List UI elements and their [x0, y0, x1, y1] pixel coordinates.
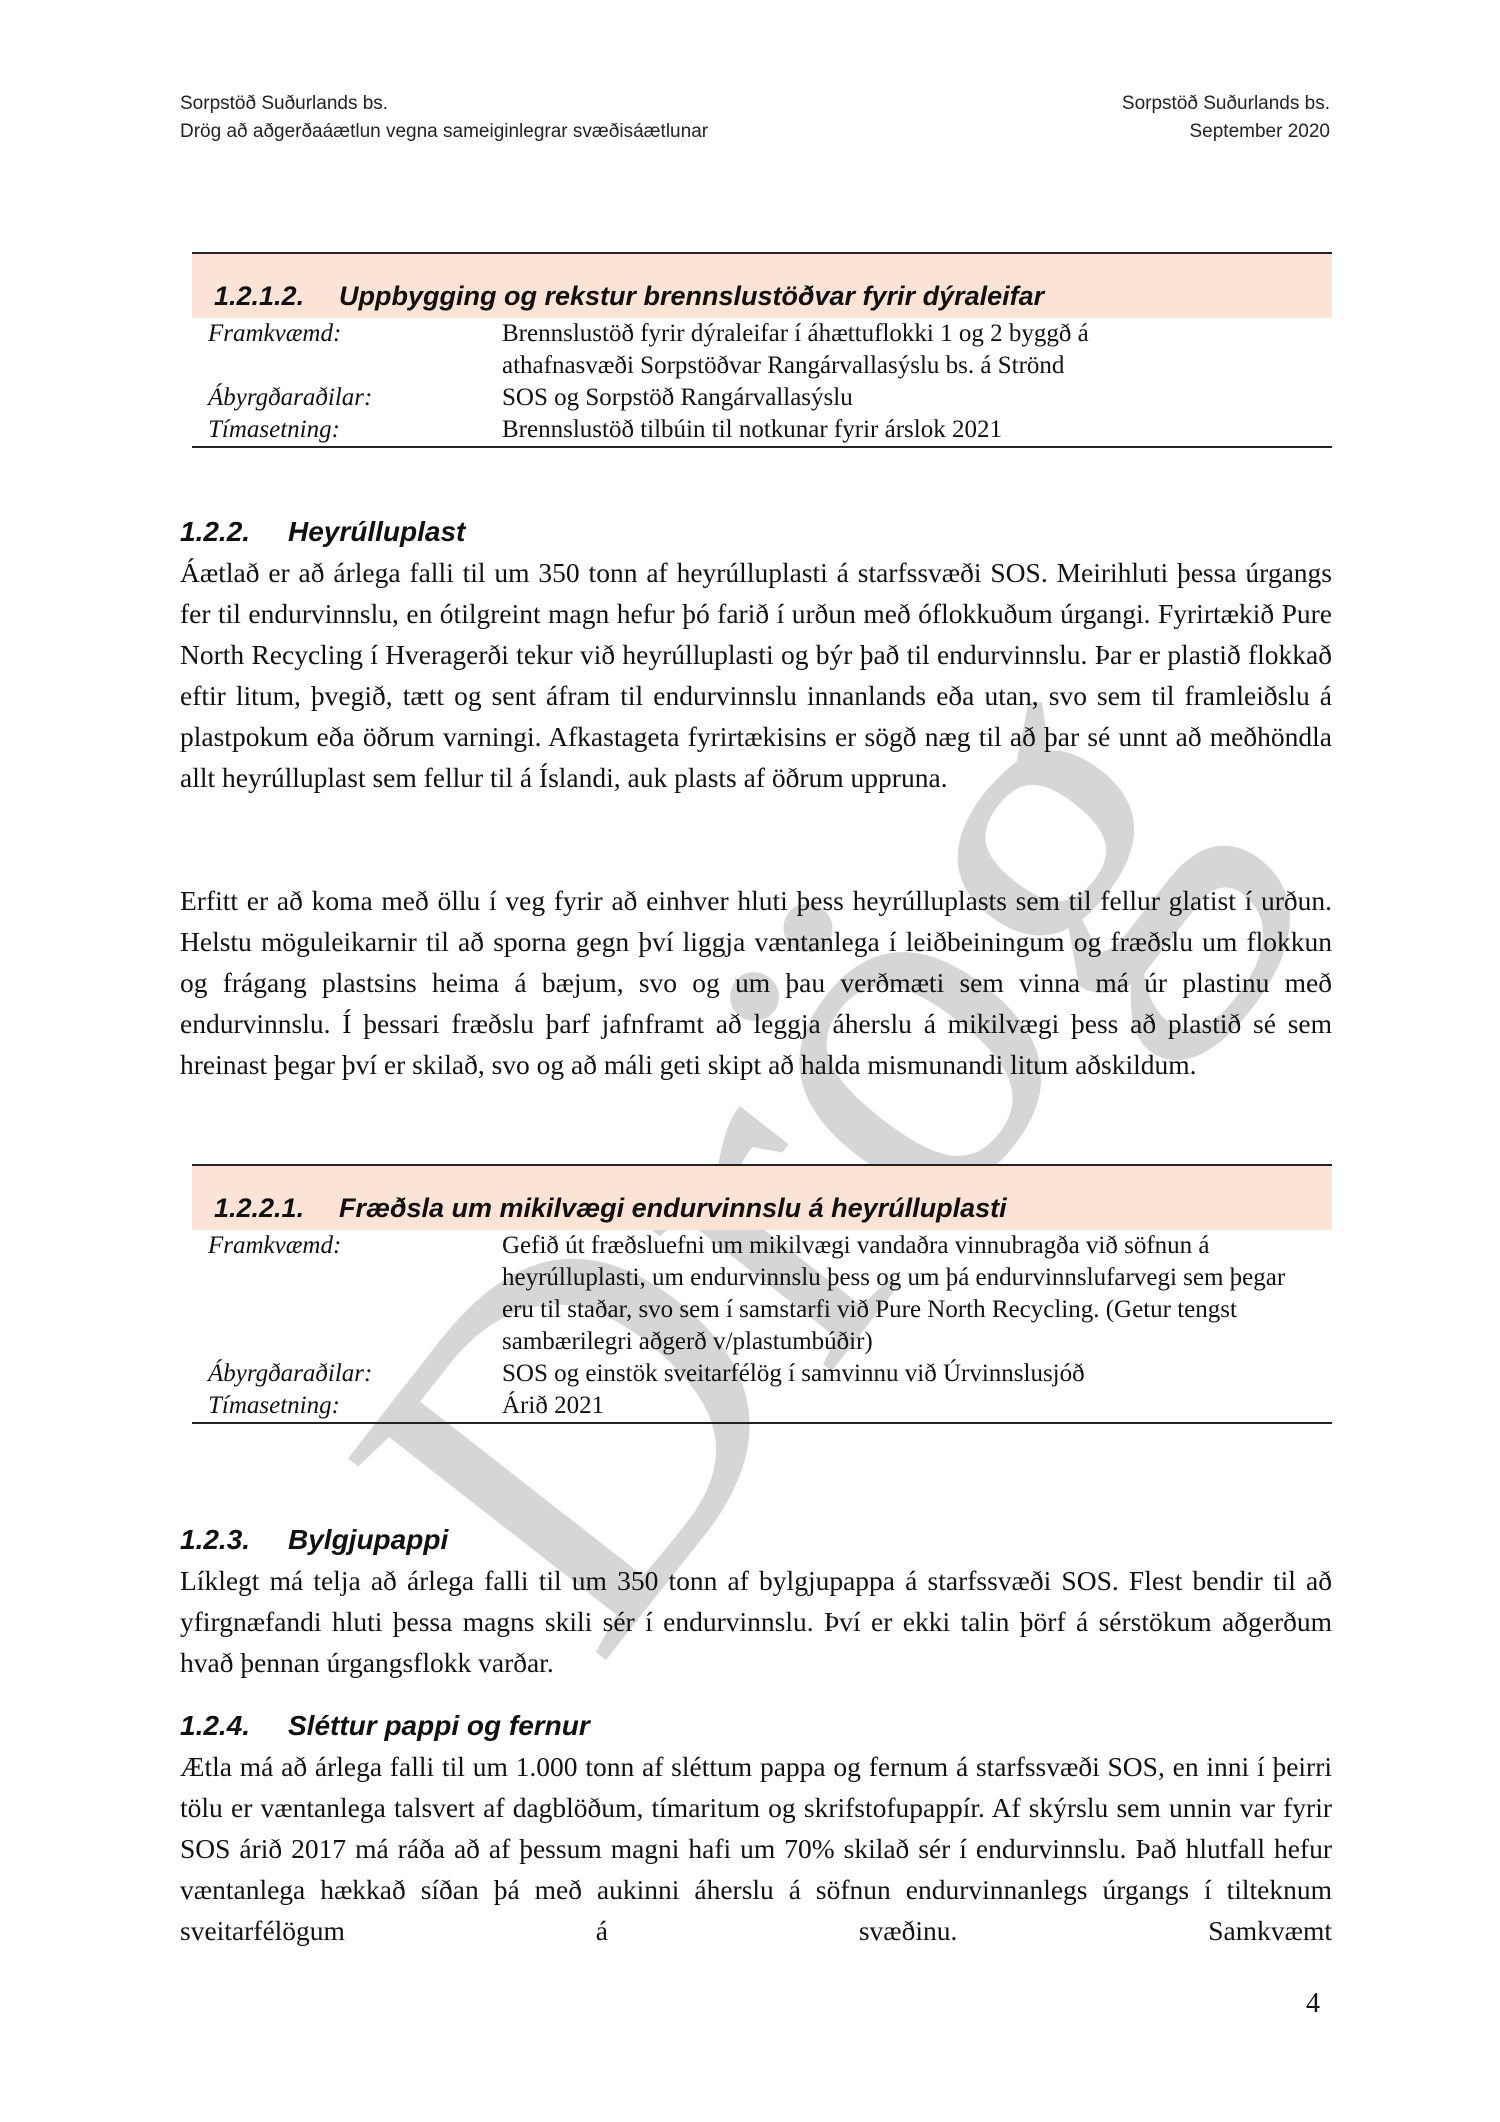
action-row-framkvaemd: Framkvæmd: Brennslustöð fyrir dýraleifar… — [192, 318, 1332, 382]
action-row-value: SOS og Sorpstöð Rangárvallasýslu — [502, 382, 1332, 414]
action-row-label: Framkvæmd: — [192, 318, 502, 382]
action-box-1-2-1-2: 1.2.1.2.Uppbygging og rekstur brennslust… — [192, 252, 1332, 448]
section-title: Bylgjupappi — [288, 1524, 448, 1555]
action-row-value: Gefið út fræðsluefni um mikilvægi vandað… — [502, 1230, 1332, 1358]
action-row-abyrgdaradilar: Ábyrgðaraðilar: SOS og Sorpstöð Rangárva… — [192, 382, 1332, 414]
action-row-timasetning: Tímasetning: Árið 2021 — [192, 1390, 1332, 1422]
section-number: 1.2.4. — [180, 1706, 288, 1746]
header-document-title: Drög að aðgerðaáætlun vegna sameiginlegr… — [180, 118, 708, 146]
action-title: 1.2.2.1.Fræðsla um mikilvægi endurvinnsl… — [192, 1166, 1332, 1230]
header-right: Sorpstöð Suðurlands bs. September 2020 — [1122, 90, 1330, 146]
action-title: 1.2.1.2.Uppbygging og rekstur brennslust… — [192, 254, 1332, 318]
action-row-value: Brennslustöð fyrir dýraleifar í áhættufl… — [502, 318, 1332, 382]
action-title-text: Fræðsla um mikilvægi endurvinnslu á heyr… — [339, 1193, 1007, 1223]
paragraph: Líklegt má telja að árlega falli til um … — [180, 1560, 1332, 1683]
action-row-framkvaemd: Framkvæmd: Gefið út fræðsluefni um mikil… — [192, 1230, 1332, 1358]
action-row-value: Brennslustöð tilbúin til notkunar fyrir … — [502, 414, 1332, 446]
action-row-value: SOS og einstök sveitarfélög í samvinnu v… — [502, 1358, 1332, 1390]
section-number: 1.2.3. — [180, 1520, 288, 1560]
action-row-abyrgdaradilar: Ábyrgðaraðilar: SOS og einstök sveitarfé… — [192, 1358, 1332, 1390]
action-row-value: Árið 2021 — [502, 1390, 1332, 1422]
action-row-label: Ábyrgðaraðilar: — [192, 1358, 502, 1390]
header-date: September 2020 — [1122, 118, 1330, 146]
paragraph: Ætla má að árlega falli til um 1.000 ton… — [180, 1746, 1332, 1951]
paragraph: Áætlað er að árlega falli til um 350 ton… — [180, 552, 1332, 798]
action-row-label: Ábyrgðaraðilar: — [192, 382, 502, 414]
section-heading-1-2-4: 1.2.4.Sléttur pappi og fernur — [180, 1706, 590, 1746]
action-row-label: Framkvæmd: — [192, 1230, 502, 1358]
action-box-1-2-2-1: 1.2.2.1.Fræðsla um mikilvægi endurvinnsl… — [192, 1164, 1332, 1424]
section-title: Heyrúlluplast — [288, 516, 465, 547]
section-heading-1-2-3: 1.2.3.Bylgjupappi — [180, 1520, 448, 1560]
section-heading-1-2-2: 1.2.2.Heyrúlluplast — [180, 512, 465, 552]
header-organization: Sorpstöð Suðurlands bs. — [180, 90, 708, 118]
section-title: Sléttur pappi og fernur — [288, 1710, 590, 1741]
action-number: 1.2.1.2. — [214, 278, 339, 314]
action-title-text: Uppbygging og rekstur brennslustöðvar fy… — [339, 281, 1044, 311]
action-row-timasetning: Tímasetning: Brennslustöð tilbúin til no… — [192, 414, 1332, 446]
page-number: 4 — [1306, 1988, 1320, 2020]
header-organization-right: Sorpstöð Suðurlands bs. — [1122, 90, 1330, 118]
action-row-label: Tímasetning: — [192, 414, 502, 446]
paragraph: Erfitt er að koma með öllu í veg fyrir a… — [180, 880, 1332, 1085]
document-page: Drög Sorpstöð Suðurlands bs. Drög að aðg… — [0, 0, 1500, 2122]
action-row-label: Tímasetning: — [192, 1390, 502, 1422]
header-left: Sorpstöð Suðurlands bs. Drög að aðgerðaá… — [180, 90, 708, 146]
section-number: 1.2.2. — [180, 512, 288, 552]
action-number: 1.2.2.1. — [214, 1190, 339, 1226]
